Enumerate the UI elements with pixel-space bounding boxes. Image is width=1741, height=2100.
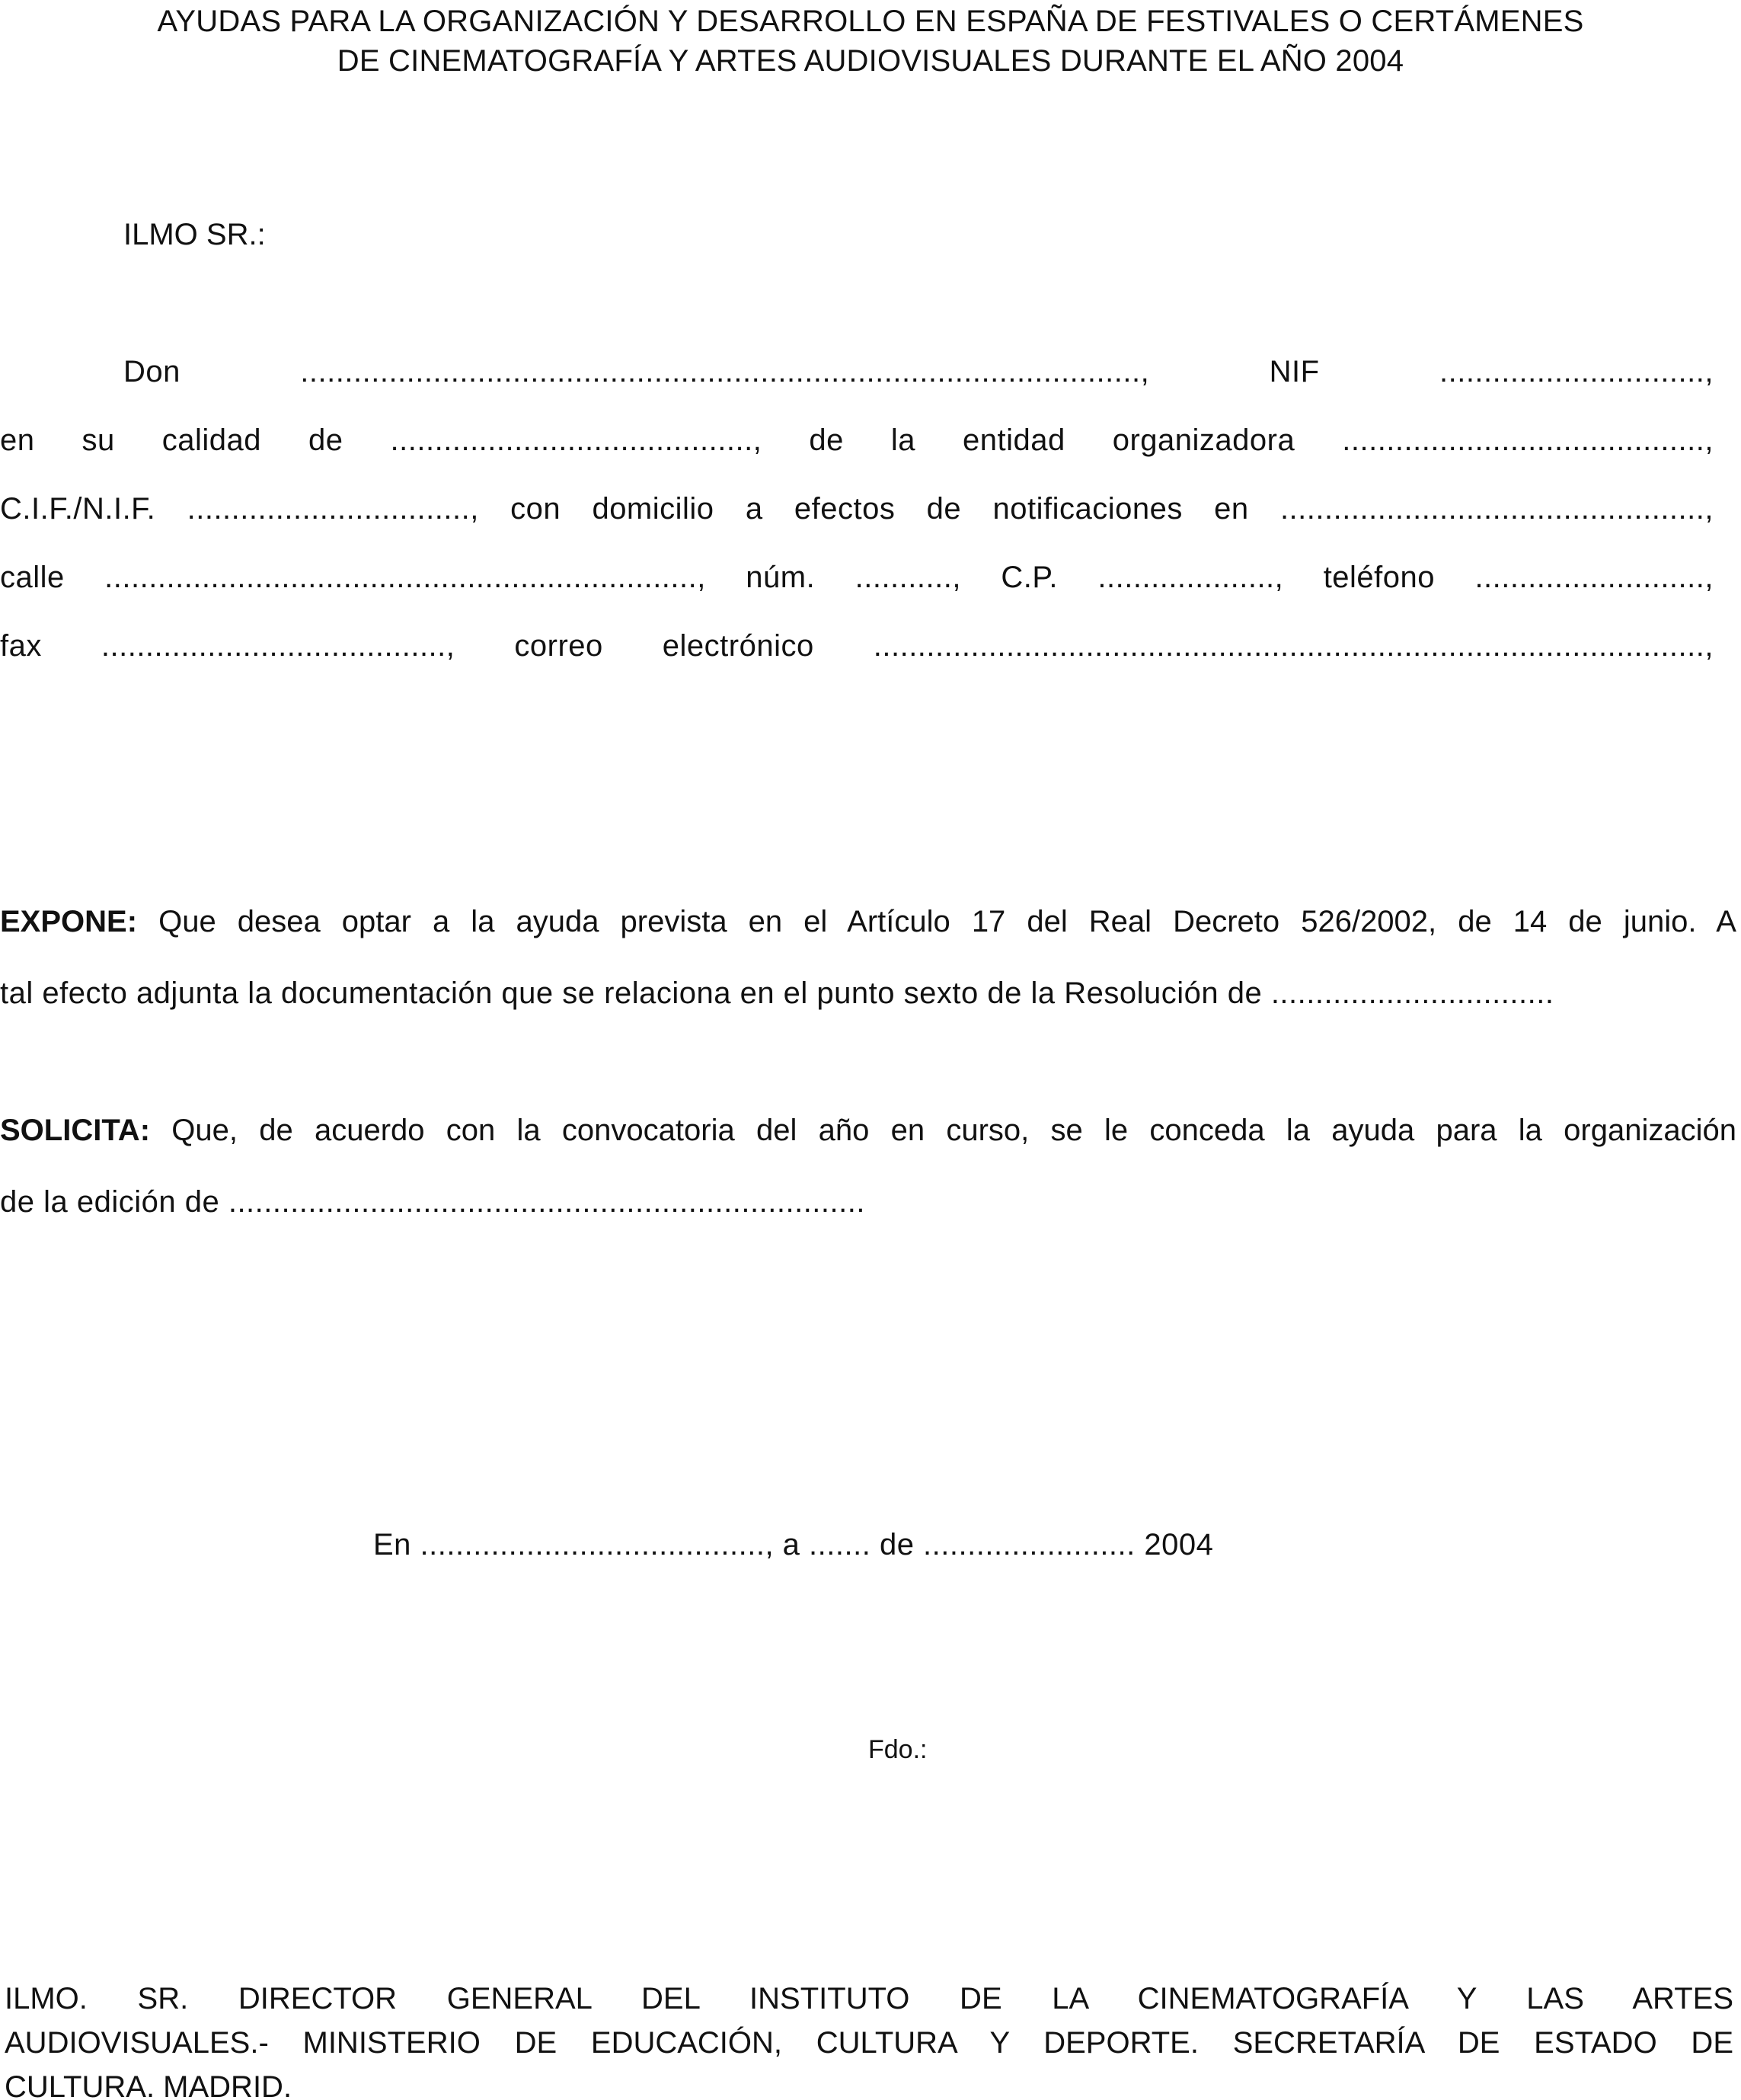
expone-line-1-wrap: EXPONE: Que desea optar a la ayuda previ…: [0, 906, 1736, 937]
footer-text-1: ILMO. SR. DIRECTOR GENERAL DEL INSTITUTO…: [5, 1983, 1733, 2014]
document-title-line-2: DE CINEMATOGRAFÍA Y ARTES AUDIOVISUALES …: [0, 46, 1741, 76]
solicita-line-1-wrap: SOLICITA: Que, de acuerdo con la convoca…: [0, 1115, 1736, 1146]
expone-text-2: tal efecto adjunta la documentación que …: [0, 976, 1554, 1010]
expone-label: EXPONE:: [0, 905, 137, 938]
solicita-line-1: SOLICITA: Que, de acuerdo con la convoca…: [0, 1115, 1736, 1146]
salutation: ILMO SR.:: [123, 219, 266, 250]
place-date-line[interactable]: En .....................................…: [373, 1529, 1213, 1560]
cif-address-line[interactable]: C.I.F./N.I.F. ..........................…: [0, 494, 1714, 524]
expone-text-1: Que desea optar a la ayuda prevista en e…: [137, 905, 1736, 938]
cif-address-text: C.I.F./N.I.F. ..........................…: [0, 494, 1714, 524]
solicita-label: SOLICITA:: [0, 1114, 150, 1147]
fax-email-text: fax ....................................…: [0, 631, 1714, 661]
place-date-text: En .....................................…: [373, 1528, 1213, 1561]
street-number-zip-phone-line[interactable]: calle ..................................…: [0, 562, 1714, 593]
footer-line-1: ILMO. SR. DIRECTOR GENERAL DEL INSTITUTO…: [5, 1983, 1733, 2014]
expone-line-1: EXPONE: Que desea optar a la ayuda previ…: [0, 906, 1736, 937]
solicita-text-2: de la edición de .......................…: [0, 1185, 865, 1219]
applicant-role-entity-text: en su calidad de .......................…: [0, 425, 1714, 455]
document-title-line-1: AYUDAS PARA LA ORGANIZACIÓN Y DESARROLLO…: [0, 6, 1741, 37]
fax-email-line[interactable]: fax ....................................…: [0, 631, 1714, 661]
applicant-name-nif-line[interactable]: Don ....................................…: [123, 356, 1714, 387]
street-number-zip-phone-text: calle ..................................…: [0, 562, 1714, 593]
applicant-role-entity-line[interactable]: en su calidad de .......................…: [0, 425, 1714, 455]
footer-line-2: AUDIOVISUALES.- MINISTERIO DE EDUCACIÓN,…: [5, 2028, 1733, 2058]
solicita-line-2[interactable]: de la edición de .......................…: [0, 1187, 865, 1217]
footer-text-2: AUDIOVISUALES.- MINISTERIO DE EDUCACIÓN,…: [5, 2028, 1733, 2058]
applicant-name-nif-text: Don ....................................…: [123, 356, 1714, 387]
expone-line-2[interactable]: tal efecto adjunta la documentación que …: [0, 978, 1554, 1008]
solicita-text-1: Que, de acuerdo con la convocatoria del …: [150, 1114, 1736, 1147]
signature-label: Fdo.:: [868, 1737, 927, 1763]
footer-line-3: CULTURA. MADRID.: [5, 2072, 1733, 2100]
